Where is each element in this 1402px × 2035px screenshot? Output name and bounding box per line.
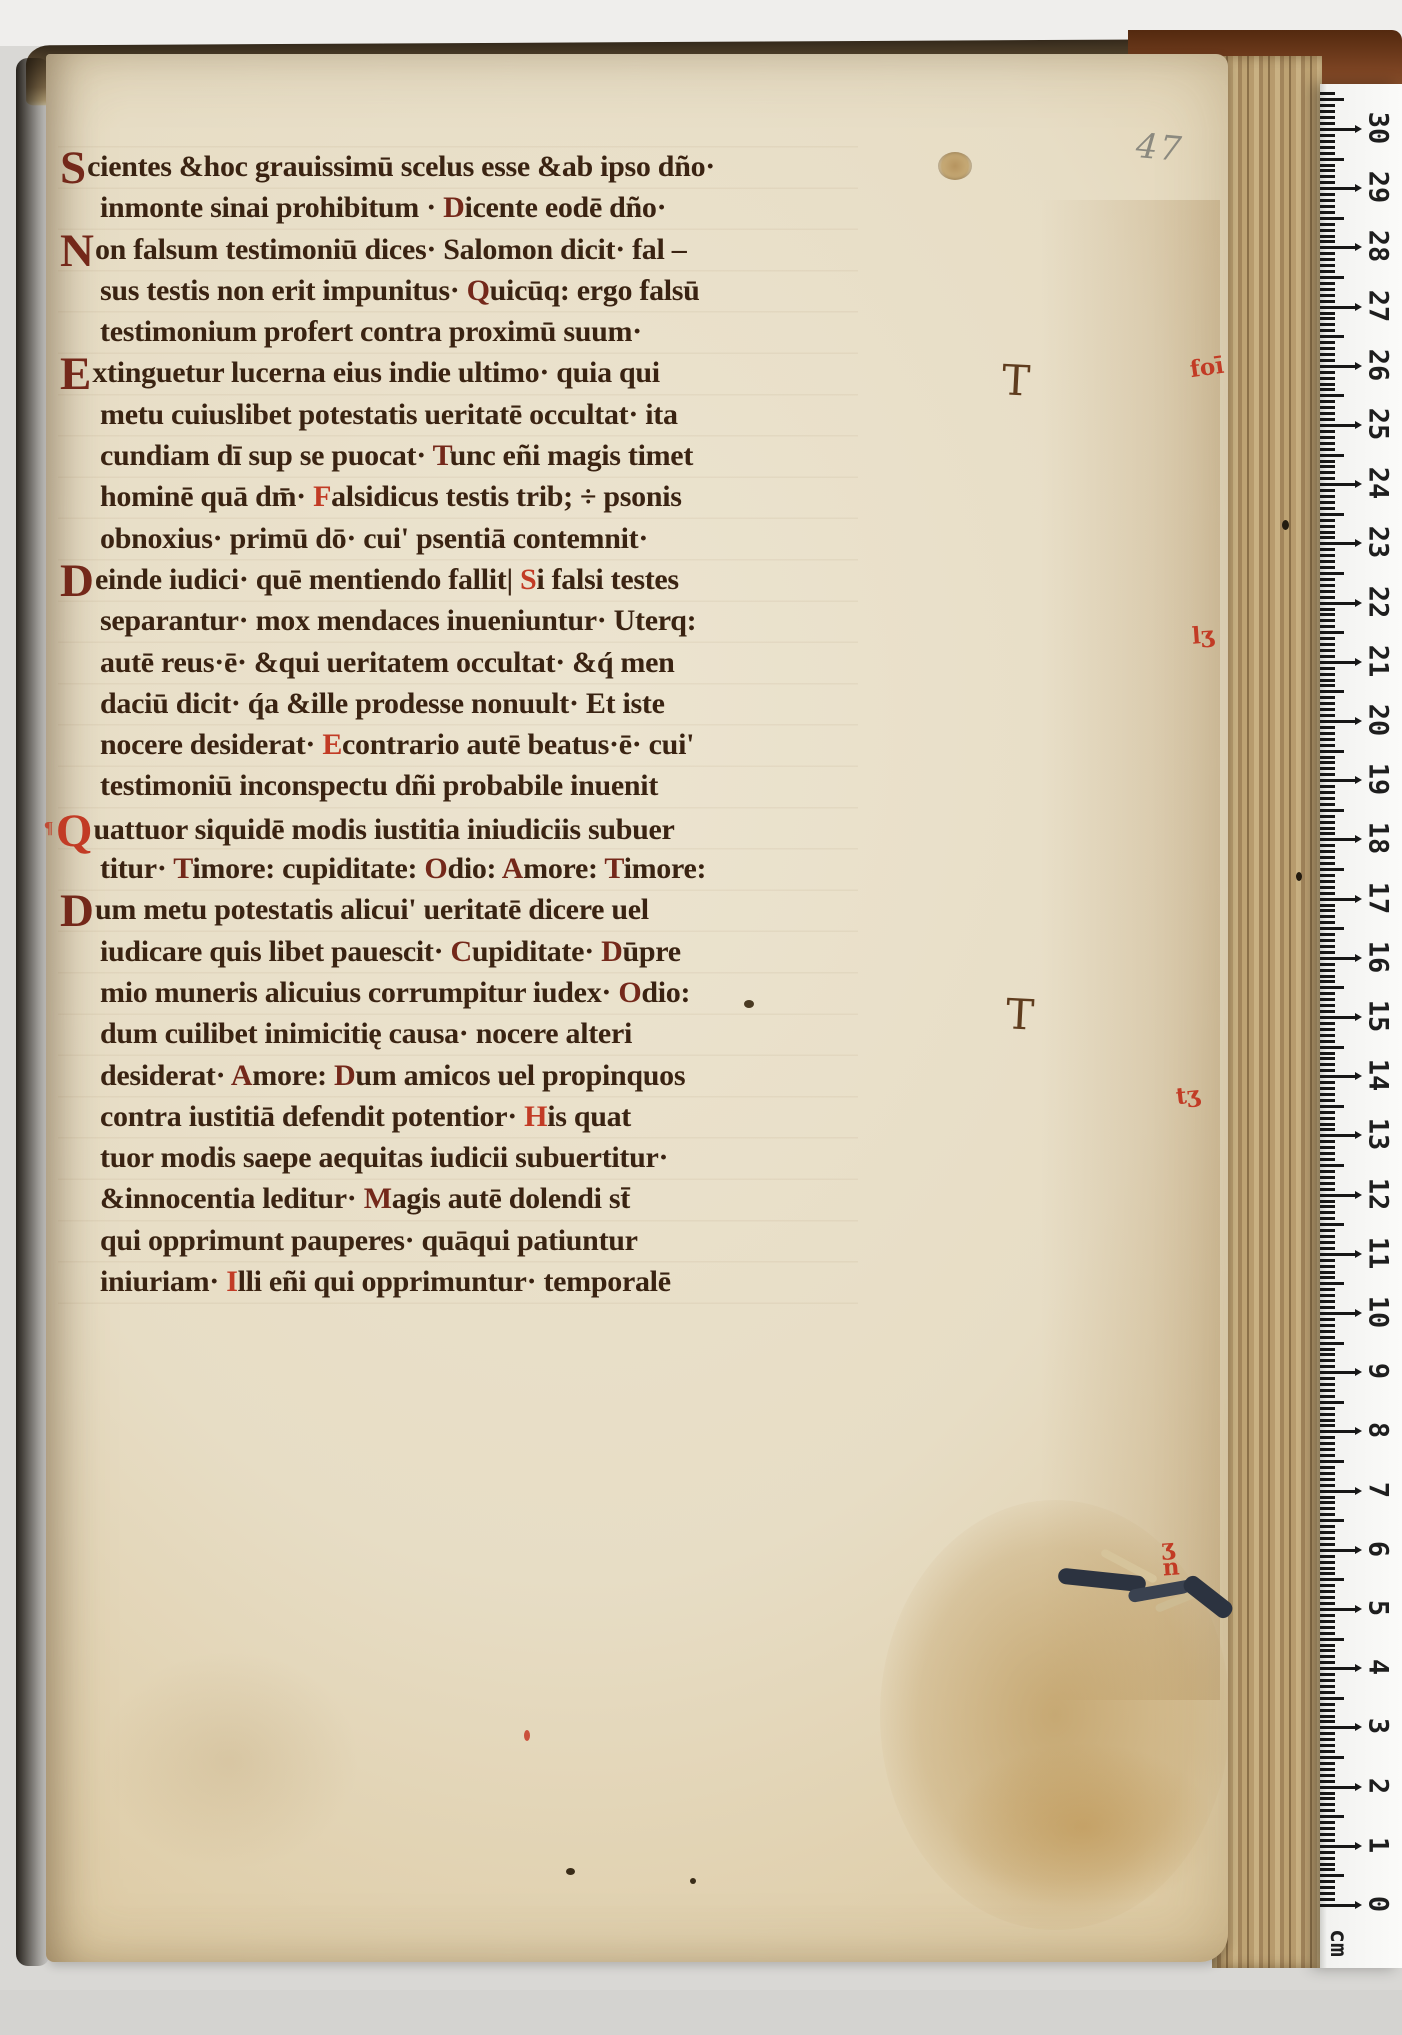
ruler-tick: [1320, 359, 1335, 362]
manuscript-line: iudicare quis libet pauescit· Cupiditate…: [58, 931, 858, 972]
ruler-tick: [1320, 1608, 1356, 1611]
ruler-tick: [1320, 1359, 1335, 1362]
ruler-tick: [1320, 1265, 1335, 1268]
ruler-tick: [1320, 229, 1335, 232]
red-ink-speck: [524, 1730, 530, 1741]
ruler-number: 18: [1363, 820, 1394, 856]
ruler-tick: [1320, 507, 1335, 510]
ruler-tick: [1320, 341, 1335, 344]
ruler-tick: [1320, 969, 1335, 972]
manuscript-line: separantur· mox mendaces inueniuntur· Ut…: [58, 600, 858, 641]
ruler-tick: [1320, 572, 1344, 575]
rubricated-initial: N: [60, 225, 93, 277]
ruler-tick: [1320, 963, 1335, 966]
ruler-tick: [1320, 1886, 1335, 1889]
ruler-tick: [1320, 1128, 1335, 1131]
ruler-tick: [1320, 986, 1344, 989]
ruler-tick: [1320, 1874, 1344, 1877]
text-segment: um metu potestatis alicui' ueritatē dice…: [95, 893, 649, 926]
ruler-tick: [1320, 1827, 1335, 1830]
ruler-tick: [1320, 1377, 1335, 1380]
ruler-tick: [1320, 1276, 1335, 1279]
ruler-tick: [1320, 838, 1356, 841]
ruler-tick: [1320, 1845, 1356, 1848]
manuscript-line: metu cuiuslibet potestatis ueritatē occu…: [58, 394, 858, 435]
ruler-tick: [1320, 702, 1335, 705]
ink-speck: [566, 1868, 575, 1875]
ruler-tick: [1320, 554, 1335, 557]
ruler-tick: [1320, 158, 1344, 161]
ruler-tick: [1320, 353, 1335, 356]
ruler-tick: [1320, 169, 1335, 172]
text-segment: more:: [523, 852, 604, 885]
ruler-tick: [1320, 1028, 1335, 1031]
ruler-tick: [1320, 631, 1344, 634]
ruler-tick: [1320, 874, 1335, 877]
text-segment: imore:: [624, 852, 707, 885]
ruler-tick: [1320, 673, 1335, 676]
ruler-tick: [1320, 294, 1335, 297]
text-segment: F: [313, 480, 331, 513]
ruler-tick: [1320, 1413, 1335, 1416]
text-segment: D: [443, 191, 464, 224]
manuscript-line: testimonium profert contra proximū suum·: [58, 311, 858, 352]
ruler-tick: [1320, 862, 1335, 865]
ruler-tick: [1320, 175, 1335, 178]
rubricated-initial: D: [60, 885, 93, 937]
ruler-tick: [1320, 815, 1335, 818]
ruler-tick: [1320, 217, 1344, 220]
text-segment: alsidicus testis trib; ÷ psonis: [331, 480, 682, 513]
ruler-tick: [1320, 442, 1335, 445]
manuscript-line: hominē quā dm̄· Falsidicus testis trib; …: [58, 476, 858, 517]
ruler-tick: [1320, 1697, 1344, 1700]
ruler-number: 2: [1363, 1768, 1394, 1804]
ruler-tick: [1320, 1217, 1335, 1220]
ruler-number: 24: [1363, 465, 1394, 501]
ruler-tick: [1320, 827, 1335, 830]
ruler-tick: [1320, 1555, 1335, 1558]
ruler-tick: [1320, 1709, 1335, 1712]
ruler-tick: [1320, 1111, 1335, 1114]
ruler-tick: [1320, 264, 1335, 267]
ruler-tick: [1320, 1821, 1335, 1824]
ruler-tick: [1320, 258, 1335, 261]
ruler-tick: [1320, 1022, 1335, 1025]
ruler-tick: [1320, 602, 1356, 605]
ruler-tick: [1320, 886, 1335, 889]
ruler-tick: [1320, 193, 1335, 196]
manuscript-line: testimoniū inconspectu dñi probabile inu…: [58, 765, 858, 806]
ruler-tick: [1320, 767, 1335, 770]
text-segment: contra iustitiā defendit potentior·: [100, 1100, 524, 1133]
ruler-tick: [1320, 649, 1335, 652]
ruler-tick: [1320, 1241, 1335, 1244]
text-segment: T: [433, 439, 450, 472]
text-segment: Salomon dicit· fal –: [443, 233, 686, 266]
ruler-tick: [1320, 1075, 1356, 1078]
ruler-tick: [1320, 1904, 1356, 1907]
text-segment: obnoxius· primū dō· cui' psentiā contemn…: [100, 522, 648, 555]
ruler-tick: [1320, 152, 1335, 155]
ruler-tick: [1320, 750, 1344, 753]
ruler-tick: [1320, 744, 1335, 747]
ruler-tick: [1320, 1306, 1335, 1309]
ruler-tick: [1320, 424, 1356, 427]
ruler-number: 12: [1363, 1176, 1394, 1212]
ruler-tick: [1320, 1312, 1356, 1315]
ruler-tick: [1320, 1442, 1335, 1445]
ruler-tick: [1320, 1478, 1335, 1481]
text-segment: icente eodē dño·: [464, 191, 666, 224]
ruler-tick: [1320, 625, 1335, 628]
text-segment: S: [520, 563, 536, 596]
ruler-tick: [1320, 1342, 1344, 1345]
manuscript-line: &innocentia leditur· Magis autē dolendi …: [58, 1178, 858, 1219]
book-gutter-edge: [16, 58, 50, 1966]
ruler-tick: [1320, 1004, 1335, 1007]
ruler-tick: [1320, 1620, 1335, 1623]
text-segment: on falsum testimoniū dices·: [95, 233, 443, 266]
ruler-tick: [1320, 892, 1335, 895]
ruler-tick: [1320, 1797, 1335, 1800]
ruler-tick: [1320, 223, 1335, 226]
ruler-tick: [1320, 1792, 1335, 1795]
ruler-tick: [1320, 1839, 1335, 1842]
text-segment: H: [524, 1100, 547, 1133]
ruler-tick: [1320, 1679, 1335, 1682]
text-segment: dum cuilibet inimicitię causa· nocere al…: [100, 1017, 632, 1050]
text-segment: titur·: [100, 852, 173, 885]
ink-speck: [1296, 872, 1302, 881]
text-segment: T: [173, 852, 192, 885]
text-segment: sus testis non erit impunitus·: [100, 274, 467, 307]
ruler-tick: [1320, 1578, 1344, 1581]
text-segment: T: [604, 852, 623, 885]
ruler-tick: [1320, 1271, 1335, 1274]
ruler-number: 26: [1363, 347, 1394, 383]
text-segment: unc eñi magis timet: [450, 439, 693, 472]
ruler-tick: [1320, 619, 1335, 622]
ruler-tick: [1320, 1572, 1335, 1575]
ruler-tick: [1320, 211, 1335, 214]
ruler-number: 22: [1363, 584, 1394, 620]
ruler-tick: [1320, 761, 1335, 764]
ruler-number: 5: [1363, 1590, 1394, 1626]
ruler-tick: [1320, 235, 1335, 238]
manuscript-line: Extinguetur lucerna eius indie ultimo· q…: [58, 352, 858, 393]
ruler-tick: [1320, 1430, 1356, 1433]
ruler-tick: [1320, 1507, 1335, 1510]
ruler-number: 3: [1363, 1708, 1394, 1744]
ruler-tick: [1320, 525, 1335, 528]
ruler-tick: [1320, 1857, 1335, 1860]
ruler-tick: [1320, 400, 1335, 403]
ruler-tick: [1320, 797, 1335, 800]
ruler-tick: [1320, 1892, 1335, 1895]
ruler-tick: [1320, 1513, 1335, 1516]
ruler-tick: [1320, 1330, 1335, 1333]
ruler-tick: [1320, 1223, 1344, 1226]
ruler-tick: [1320, 655, 1335, 658]
ruler-tick: [1320, 1294, 1335, 1297]
ruler-tick: [1320, 1703, 1335, 1706]
manuscript-photo: Scientes &hoc grauissimū scelus esse &ab…: [0, 0, 1402, 2035]
text-segment: uicūq: ergo falsū: [490, 274, 700, 307]
ruler-tick: [1320, 1099, 1335, 1102]
ruler-tick: [1320, 454, 1344, 457]
ruler-tick: [1320, 542, 1356, 545]
ruler-tick: [1320, 146, 1335, 149]
ruler-tick: [1320, 306, 1356, 309]
ruler-tick: [1320, 856, 1335, 859]
ruler-tick: [1320, 1803, 1335, 1806]
ruler-tick: [1320, 1815, 1344, 1818]
ruler-tick: [1320, 1673, 1335, 1676]
text-segment: iudicare quis libet pauescit·: [100, 935, 451, 968]
ruler-number: 11: [1363, 1235, 1394, 1271]
ruler-unit-label: cm: [1325, 1929, 1351, 1957]
ruler-tick: [1320, 1336, 1335, 1339]
ruler-tick: [1320, 548, 1335, 551]
ruler-tick: [1320, 690, 1344, 693]
ruler-tick: [1320, 1182, 1335, 1185]
manuscript-line: Deinde iudici· quē mentiendo fallit| Si …: [58, 559, 858, 600]
ruler-tick: [1320, 181, 1335, 184]
text-segment: E: [322, 728, 342, 761]
text-segment: desiderat·: [100, 1059, 231, 1092]
ruler-tick: [1320, 477, 1335, 480]
ruler-tick: [1320, 483, 1356, 486]
text-segment: nocere desiderat·: [100, 728, 322, 761]
ruler-number: 4: [1363, 1649, 1394, 1685]
red-margin-mark: tʒ: [1175, 1085, 1201, 1107]
ruler-number: 21: [1363, 643, 1394, 679]
ruler-tick: [1320, 1649, 1335, 1652]
manuscript-line: titur· Timore: cupiditate: Odio: Amore: …: [58, 848, 858, 889]
ruler-tick: [1320, 1069, 1335, 1072]
ruler-tick: [1320, 460, 1335, 463]
manuscript-line: tuor modis saepe aequitas iudicii subuer…: [58, 1137, 858, 1178]
red-paragraph-mark: ¶: [44, 818, 53, 837]
ruler-tick: [1320, 323, 1335, 326]
ruler-tick: [1320, 335, 1344, 338]
ruler-tick: [1320, 164, 1335, 167]
ruler-tick: [1320, 720, 1356, 723]
ruler-tick: [1320, 1561, 1335, 1564]
text-segment: upiditate·: [472, 935, 601, 968]
ruler-tick: [1320, 1596, 1335, 1599]
rubricated-initial: D: [60, 555, 93, 607]
text-segment: qui opprimunt pauperes· quāqui patiuntur: [100, 1224, 638, 1257]
ruler-tick: [1320, 957, 1356, 960]
ruler-number: 23: [1363, 524, 1394, 560]
ruler-tick: [1320, 909, 1335, 912]
ruler-tick: [1320, 1549, 1356, 1552]
ruler-number: 29: [1363, 169, 1394, 205]
ruler-tick: [1320, 1898, 1335, 1901]
ruler-tick: [1320, 1466, 1335, 1469]
red-margin-mark: lʒ: [1191, 625, 1214, 646]
ruler-tick: [1320, 880, 1335, 883]
ruler-tick: [1320, 1525, 1335, 1528]
ruler-tick: [1320, 205, 1335, 208]
text-segment: ūpre: [622, 935, 680, 968]
ruler-tick: [1320, 1152, 1335, 1155]
ruler-number: 10: [1363, 1294, 1394, 1330]
ruler-tick: [1320, 1661, 1335, 1664]
ruler-tick: [1320, 1164, 1344, 1167]
text-segment: iniuriam·: [100, 1265, 226, 1298]
ruler-number: 0: [1363, 1886, 1394, 1922]
text-segment: O: [424, 852, 447, 885]
ruler-tick: [1320, 1448, 1335, 1451]
ruler-tick: [1320, 1052, 1335, 1055]
ruler-tick: [1320, 1188, 1335, 1191]
ruler-tick: [1320, 1046, 1344, 1049]
manuscript-line: cundiam dī sup se puocat· Tunc eñi magis…: [58, 435, 858, 476]
text-segment: cundiam dī sup se puocat·: [100, 439, 433, 472]
ruler-tick: [1320, 1247, 1335, 1250]
ruler-number: 17: [1363, 880, 1394, 916]
ruler-tick: [1320, 1353, 1335, 1356]
ruler-tick: [1320, 116, 1335, 119]
ruler-tick: [1320, 531, 1335, 534]
ruler-tick: [1320, 933, 1335, 936]
text-segment: einde iudici· quē mentiendo fallit|: [95, 563, 520, 596]
text-segment: cientes &hoc grauissimū scelus esse &ab …: [87, 150, 715, 183]
ruler-tick: [1320, 1501, 1335, 1504]
ruler-number: 7: [1363, 1472, 1394, 1508]
manuscript-line: qui opprimunt pauperes· quāqui patiuntur: [58, 1220, 858, 1261]
ruler-tick: [1320, 1389, 1335, 1392]
text-segment: M: [364, 1182, 392, 1215]
ruler-tick: [1320, 578, 1335, 581]
ruler-tick: [1320, 1371, 1356, 1374]
ruler-tick: [1320, 904, 1335, 907]
ruler-tick: [1320, 1170, 1335, 1173]
ruler-tick: [1320, 1614, 1335, 1617]
ruler-tick: [1320, 1780, 1335, 1783]
ruler-tick: [1320, 613, 1335, 616]
ruler-tick: [1320, 1365, 1335, 1368]
text-segment: Q: [467, 274, 490, 307]
ruler-tick: [1320, 560, 1335, 563]
ruler-tick: [1320, 1057, 1335, 1060]
ruler-number: 20: [1363, 702, 1394, 738]
ruler-number: 25: [1363, 406, 1394, 442]
ruler-tick: [1320, 779, 1356, 782]
ruler-tick: [1320, 92, 1335, 95]
ruler-number: 16: [1363, 939, 1394, 975]
ruler-tick: [1320, 489, 1335, 492]
ruler-tick: [1320, 1158, 1335, 1161]
manuscript-line: inmonte sinai prohibitum · Dicente eodē …: [58, 187, 858, 228]
manuscript-line: Scientes &hoc grauissimū scelus esse &ab…: [58, 146, 858, 187]
ruler-tick: [1320, 1590, 1335, 1593]
folio-number-pencil: 47: [1134, 126, 1185, 170]
ruler-tick: [1320, 951, 1335, 954]
ruler-tick: [1320, 667, 1335, 670]
ruler-tick: [1320, 1880, 1335, 1883]
ruler-tick: [1320, 1531, 1335, 1534]
ruler-tick: [1320, 637, 1335, 640]
manuscript-line: autē reus·ē· &qui ueritatem occultat· &q…: [58, 642, 858, 683]
ruler-tick: [1320, 590, 1335, 593]
manuscript-line: dum cuilibet inimicitię causa· nocere al…: [58, 1013, 858, 1054]
ruler-tick: [1320, 1419, 1335, 1422]
ruler-tick: [1320, 394, 1344, 397]
ruler-tick: [1320, 98, 1344, 101]
ruler-tick: [1320, 809, 1344, 812]
ruler-tick: [1320, 1744, 1335, 1747]
text-segment: i falsi testes: [536, 563, 678, 596]
ruler-tick: [1320, 1348, 1335, 1351]
ruler-tick: [1320, 732, 1335, 735]
ruler-tick: [1320, 1087, 1335, 1090]
ruler-tick: [1320, 738, 1335, 741]
manuscript-line: Non falsum testimoniū dices· Salomon dic…: [58, 229, 858, 270]
manuscript-line: mio muneris alicuius corrumpitur iudex· …: [58, 972, 858, 1013]
ruler-tick: [1320, 1318, 1335, 1321]
ruler-tick: [1320, 134, 1335, 137]
ruler-tick: [1320, 1259, 1335, 1262]
ruler-tick: [1320, 513, 1344, 516]
ruler-tick: [1320, 1324, 1335, 1327]
ruler-tick: [1320, 1194, 1356, 1197]
ruler-tick: [1320, 1436, 1335, 1439]
ruler-tick: [1320, 1200, 1335, 1203]
ruler-tick: [1320, 927, 1344, 930]
ruler-tick: [1320, 1490, 1356, 1493]
ruler-tick: [1320, 1715, 1335, 1718]
ruler-tick: [1320, 1205, 1335, 1208]
ruler-tick: [1320, 1809, 1335, 1812]
ruler-tick: [1320, 317, 1335, 320]
ruler-tick: [1320, 1644, 1335, 1647]
ruler-tick: [1320, 756, 1335, 759]
ruler-tick: [1320, 1401, 1344, 1404]
ruler-tick: [1320, 276, 1344, 279]
manuscript-line: obnoxius· primū dō· cui' psentiā contemn…: [58, 518, 858, 559]
ruler-number: 9: [1363, 1353, 1394, 1389]
ruler-number: 1: [1363, 1827, 1394, 1863]
ruler-tick: [1320, 1537, 1335, 1540]
ruler-tick: [1320, 608, 1335, 611]
rubricated-initial: Q: [56, 805, 92, 857]
ruler-number: 8: [1363, 1412, 1394, 1448]
ruler-tick: [1320, 714, 1335, 717]
ruler-tick: [1320, 1484, 1335, 1487]
ruler-tick: [1320, 661, 1356, 664]
ruler-tick: [1320, 696, 1335, 699]
ruler-tick: [1320, 240, 1335, 243]
ruler-number: 6: [1363, 1531, 1394, 1567]
ruler-tick: [1320, 1868, 1335, 1871]
text-segment: more:: [252, 1059, 334, 1092]
ruler-tick: [1320, 270, 1335, 273]
ruler-tick: [1320, 1774, 1335, 1777]
ruler-tick: [1320, 998, 1335, 1001]
ruler-tick: [1320, 1016, 1356, 1019]
manuscript-line: ¶Quattuor siquidē modis iustitia iniudic…: [58, 807, 858, 848]
ruler-tick: [1320, 1010, 1335, 1013]
ruler-tick: [1320, 430, 1335, 433]
ruler-tick: [1320, 1229, 1335, 1232]
text-segment: I: [226, 1265, 237, 1298]
ruler-tick: [1320, 448, 1335, 451]
text-segment: testimoniū inconspectu dñi probabile inu…: [100, 769, 658, 802]
